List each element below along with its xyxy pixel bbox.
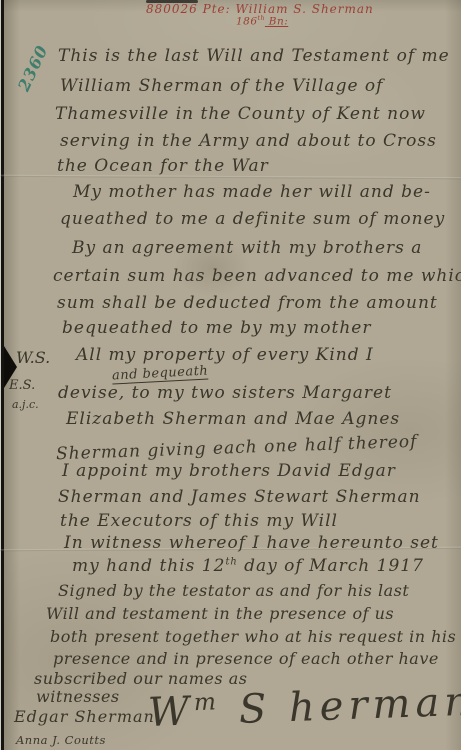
will-line: certain sum has been advanced to me whic… xyxy=(53,266,461,286)
attestation-line: both present together who at his request… xyxy=(50,627,456,646)
will-line: Elizabeth Sherman and Mae Agnes xyxy=(66,409,400,429)
date-line: my hand this 12th day of March 1917 xyxy=(72,556,424,576)
will-line: In witness whereof I have hereunto set xyxy=(64,533,439,553)
will-line: William Sherman of the Village of xyxy=(60,76,383,96)
margin-initials-es: E.S. xyxy=(9,378,35,393)
attestation-line: Signed by the testator as and for his la… xyxy=(58,581,409,600)
attestation-line: Will and testament in the presence of us xyxy=(46,604,394,623)
battalion-line: 186th Bn: xyxy=(236,15,288,28)
will-line: This is the last Will and Testament of m… xyxy=(58,46,450,66)
will-line: All my property of every Kind I xyxy=(76,345,374,365)
will-line: devise, to my two sisters Margaret xyxy=(58,383,392,403)
service-number-line: 880026 Pte: William S. Sherman xyxy=(146,2,374,16)
will-line: queathed to me a definite sum of money xyxy=(60,209,445,229)
will-line: I appoint my brothers David Edgar xyxy=(62,461,396,481)
scanned-will-document: 880026 Pte: William S. Sherman 186th Bn:… xyxy=(0,0,461,750)
will-line: My mother has made her will and be- xyxy=(73,182,431,202)
will-line: the Ocean for the War xyxy=(57,156,269,176)
will-line: Sherman and James Stewart Sherman xyxy=(58,487,421,507)
will-line: serving in the Army and about to Cross xyxy=(60,131,437,151)
attestation-line: presence and in presence of each other h… xyxy=(53,649,439,668)
attestation-line: witnesses xyxy=(36,687,120,706)
will-line: By an agreement with my brothers a xyxy=(72,238,422,258)
margin-initials-ws: W.S. xyxy=(16,348,50,367)
will-line: sum shall be deducted from the amount xyxy=(57,293,438,313)
will-line: the Executors of this my Will xyxy=(60,511,338,531)
margin-initials-ajc: a.j.c. xyxy=(12,398,39,411)
witness-signature-2: Anna J. Coutts xyxy=(16,733,106,747)
attestation-line: subscribed our names as xyxy=(34,669,247,688)
will-line: bequeathed to me by my mother xyxy=(62,318,372,338)
will-line: Thamesville in the County of Kent now xyxy=(55,104,426,124)
witness-signature-1: Edgar Sherman. xyxy=(14,707,161,726)
